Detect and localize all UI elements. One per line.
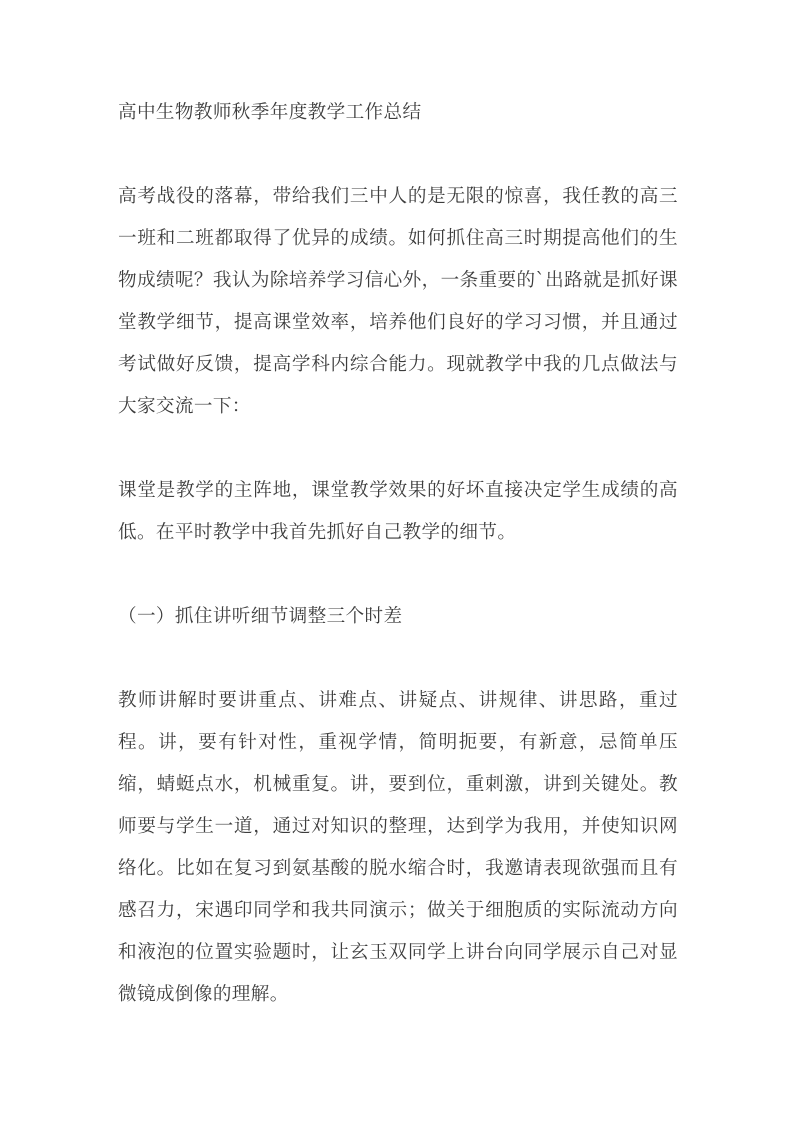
document-page: 高中生物教师秋季年度教学工作总结 高考战役的落幕，带给我们三中人的是无限的惊喜，…	[0, 0, 793, 1122]
paragraph-classroom: 课堂是教学的主阵地，课堂教学效果的好坏直接决定学生成绩的高低。在平时教学中我首先…	[118, 470, 678, 554]
section-heading-one: （一）抓住讲听细节调整三个时差	[118, 596, 678, 638]
paragraph-teaching-details: 教师讲解时要讲重点、讲难点、讲疑点、讲规律、讲思路，重过程。讲，要有针对性，重视…	[118, 680, 678, 1016]
document-title: 高中生物教师秋季年度教学工作总结	[118, 92, 678, 134]
paragraph-intro: 高考战役的落幕，带给我们三中人的是无限的惊喜，我任教的高三一班和二班都取得了优异…	[118, 176, 678, 428]
